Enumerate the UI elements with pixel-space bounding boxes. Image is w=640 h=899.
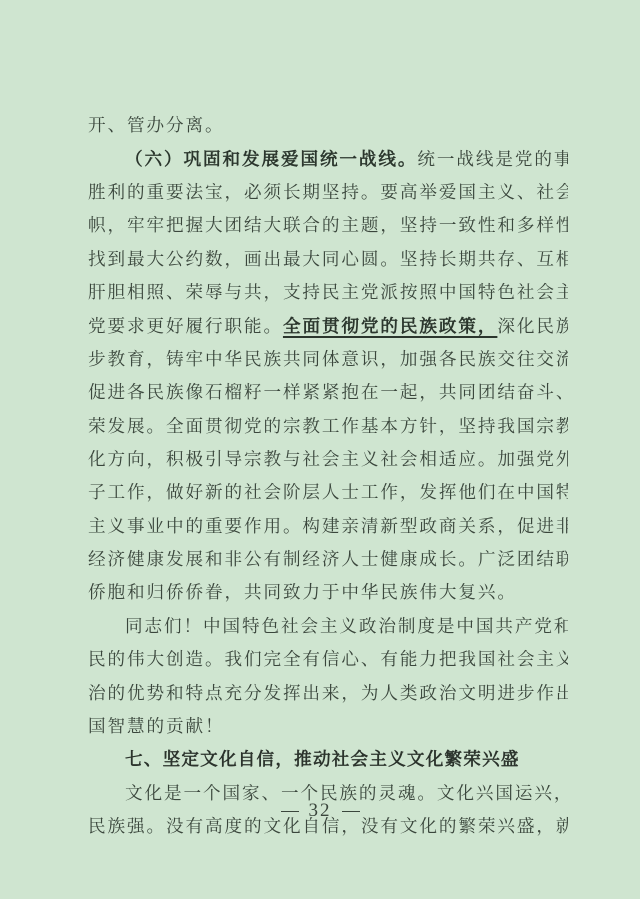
paragraph-text: 经济健康发展和非公有制经济人士健康成长。广泛团结联系海外 [88, 550, 568, 570]
paragraph-line: 肝胆相照、荣辱与共，支持民主党派按照中国特色社会主义参政 [88, 277, 568, 310]
paragraph-line: 胜利的重要法宝，必须长期坚持。要高举爱国主义、社会主义旗 [88, 177, 568, 210]
paragraph-line: 化方向，积极引导宗教与社会主义社会相适应。加强党外知识分 [88, 444, 568, 477]
paragraph-text: 子工作，做好新的社会阶层人士工作，发挥他们在中国特色社会 [88, 483, 568, 503]
paragraph-line: 国智慧的贡献！ [88, 711, 568, 744]
paragraph-text: 主义事业中的重要作用。构建亲清新型政商关系，促进非公有制 [88, 517, 568, 537]
paragraph-text: 找到最大公约数，画出最大同心圆。坚持长期共存、互相监督、 [88, 250, 568, 270]
paragraph-text: 同志们！中国特色社会主义政治制度是中国共产党和中国人 [125, 617, 568, 637]
paragraph-line: 民的伟大创造。我们完全有信心、有能力把我国社会主义民主政 [88, 644, 568, 677]
paragraph-text: 民的伟大创造。我们完全有信心、有能力把我国社会主义民主政 [88, 650, 568, 670]
paragraph-text: 侨胞和归侨侨眷，共同致力于中华民族伟大复兴。 [88, 583, 517, 603]
subsection-title: （六）巩固和发展爱国统一战线。 [125, 149, 417, 170]
paragraph-line: 侨胞和归侨侨眷，共同致力于中华民族伟大复兴。 [88, 577, 568, 610]
paragraph-text: 国智慧的贡献！ [88, 717, 224, 737]
paragraph-line: 找到最大公约数，画出最大同心圆。坚持长期共存、互相监督、 [88, 244, 568, 277]
paragraph-text: 促进各民族像石榴籽一样紧紧抱在一起，共同团结奋斗、共同繁 [88, 383, 568, 403]
paragraph-text: 化方向，积极引导宗教与社会主义社会相适应。加强党外知识分 [88, 450, 568, 470]
paragraph-line: （六）巩固和发展爱国统一战线。统一战线是党的事业取得 [88, 143, 568, 176]
paragraph-line: 党要求更好履行职能。全面贯彻党的民族政策，深化民族团结进 [88, 310, 568, 343]
paragraph-text: 肝胆相照、荣辱与共，支持民主党派按照中国特色社会主义参政 [88, 283, 568, 303]
paragraph-line: 经济健康发展和非公有制经济人士健康成长。广泛团结联系海外 [88, 544, 568, 577]
underlined-emphasis: 全面贯彻党的民族政策， [283, 316, 497, 337]
paragraph-text: 党要求更好履行职能。 [88, 317, 283, 337]
page-number: 32 [0, 800, 640, 822]
paragraph-line: 荣发展。全面贯彻党的宗教工作基本方针，坚持我国宗教的中国 [88, 411, 568, 444]
paragraph-text: 治的优势和特点充分发挥出来，为人类政治文明进步作出充满中 [88, 684, 568, 704]
section-heading: 七、坚定文化自信，推动社会主义文化繁荣兴盛 [125, 750, 520, 770]
paragraph-text: 胜利的重要法宝，必须长期坚持。要高举爱国主义、社会主义旗 [88, 183, 568, 203]
paragraph-text: 荣发展。全面贯彻党的宗教工作基本方针，坚持我国宗教的中国 [88, 417, 568, 437]
document-page: 开、管办分离。 （六）巩固和发展爱国统一战线。统一战线是党的事业取得 胜利的重要… [88, 110, 568, 845]
paragraph-text: 步教育，铸牢中华民族共同体意识，加强各民族交往交流交融， [88, 350, 568, 370]
paragraph-text: 深化民族团结进 [497, 317, 568, 337]
paragraph-text: 统一战线是党的事业取得 [417, 150, 568, 170]
paragraph-line: 步教育，铸牢中华民族共同体意识，加强各民族交往交流交融， [88, 344, 568, 377]
text-continuation: 开、管办分离。 [88, 116, 224, 136]
dash-right [342, 811, 360, 812]
paragraph-line: 帜，牢牢把握大团结大联合的主题，坚持一致性和多样性统一， [88, 210, 568, 243]
section-heading-line: 七、坚定文化自信，推动社会主义文化繁荣兴盛 [88, 744, 568, 777]
dash-left [281, 811, 299, 812]
page-number-text: 32 [309, 800, 332, 821]
paragraph-line: 促进各民族像石榴籽一样紧紧抱在一起，共同团结奋斗、共同繁 [88, 377, 568, 410]
paragraph-line: 子工作，做好新的社会阶层人士工作，发挥他们在中国特色社会 [88, 477, 568, 510]
paragraph-text: 帜，牢牢把握大团结大联合的主题，坚持一致性和多样性统一， [88, 216, 568, 236]
paragraph-line: 开、管办分离。 [88, 110, 568, 143]
paragraph-line: 治的优势和特点充分发挥出来，为人类政治文明进步作出充满中 [88, 678, 568, 711]
paragraph-line: 同志们！中国特色社会主义政治制度是中国共产党和中国人 [88, 611, 568, 644]
paragraph-line: 主义事业中的重要作用。构建亲清新型政商关系，促进非公有制 [88, 511, 568, 544]
